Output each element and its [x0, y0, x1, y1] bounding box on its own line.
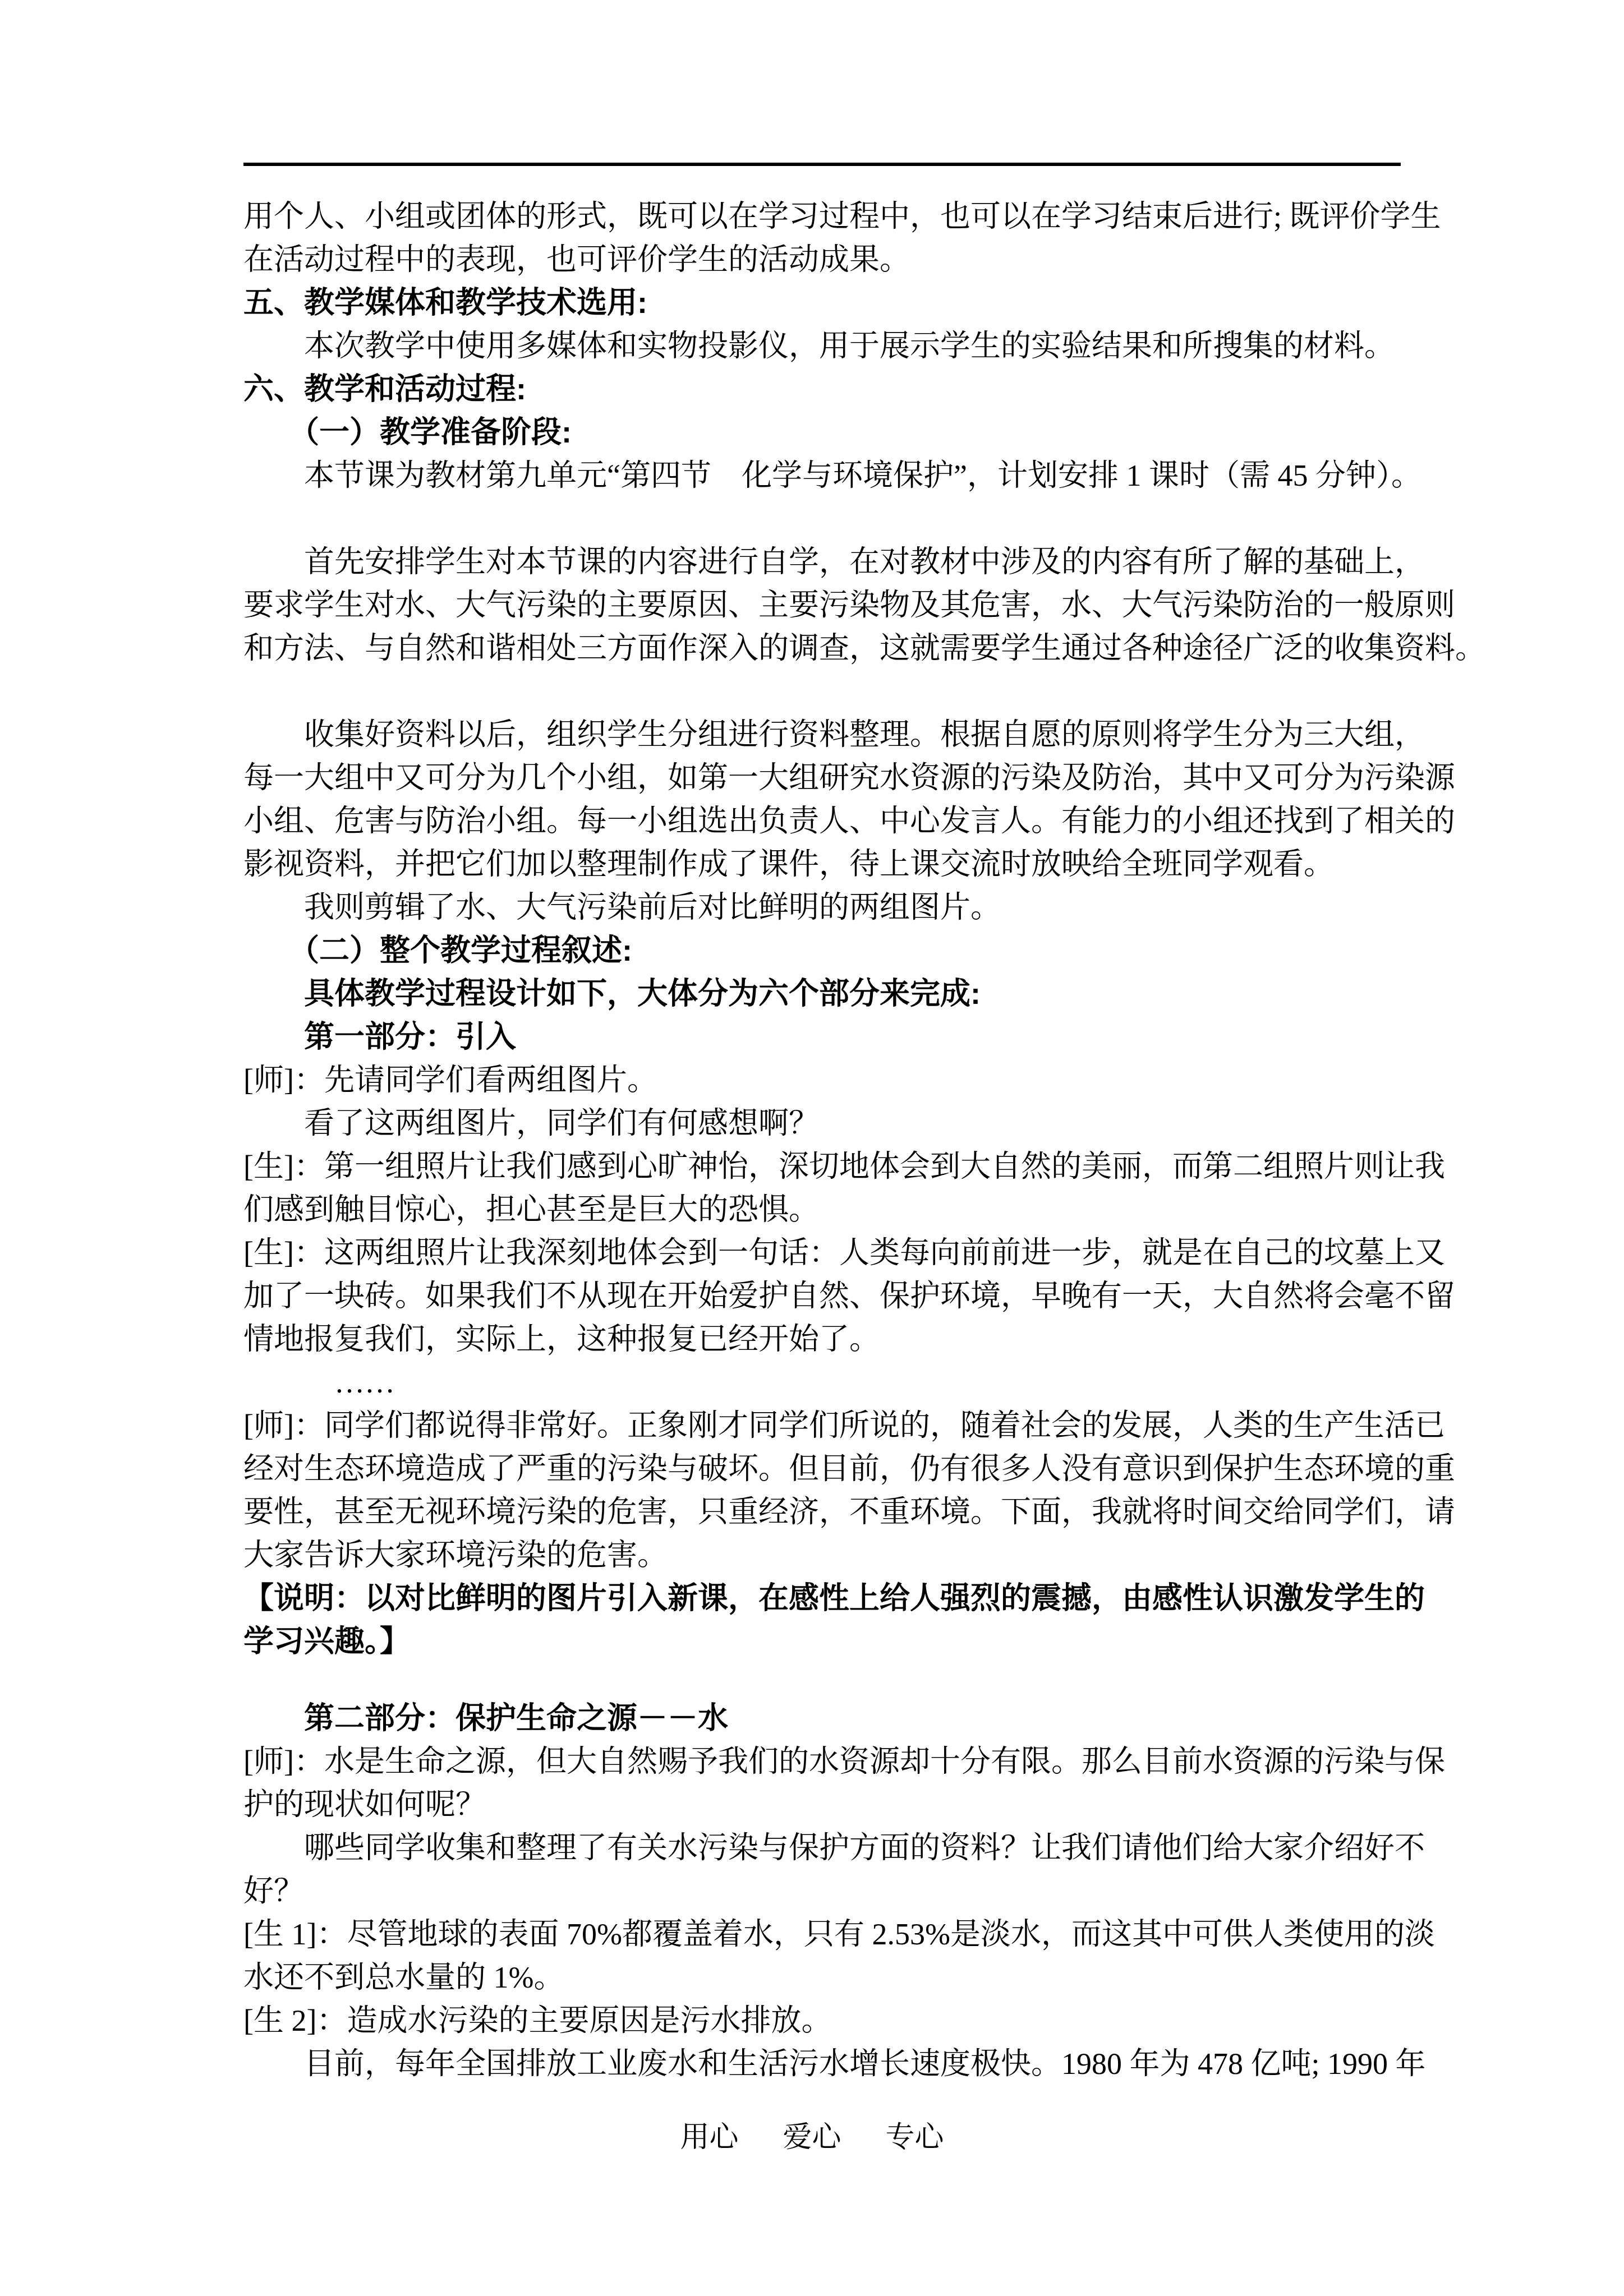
text-line: [生]：这两组照片让我深刻地体会到一句话：人类每向前前进一步，就是在自己的坟墓上… — [243, 1232, 1410, 1275]
text-line: 们感到触目惊心，担心甚至是巨大的恐惧。 — [243, 1188, 1410, 1232]
text-line: [生 1]：尽管地球的表面 70%都覆盖着水，只有 2.53%是淡水，而这其中可… — [243, 1913, 1410, 1956]
document-body: 用个人、小组或团体的形式，既可以在学习过程中，也可以在学习结束后进行; 既评价学… — [243, 195, 1410, 2086]
text-line: 大家告诉大家环境污染的危害。 — [243, 1534, 1410, 1577]
footer-word: 用心 — [680, 2121, 738, 2155]
text-line: 要求学生对水、大气污染的主要原因、主要污染物及其危害，水、大气污染防治的一般原则 — [243, 584, 1410, 627]
text-line: 情地报复我们，实际上，这种报复已经开始了。 — [243, 1318, 1410, 1361]
text-line: 护的现状如何呢？ — [243, 1783, 1410, 1827]
footer-word: 专心 — [886, 2121, 944, 2155]
text-line: 六、教学和活动过程: — [243, 368, 1410, 411]
text-line: 用个人、小组或团体的形式，既可以在学习过程中，也可以在学习结束后进行; 既评价学… — [243, 195, 1410, 238]
document-page: 用个人、小组或团体的形式，既可以在学习过程中，也可以在学习结束后进行; 既评价学… — [0, 0, 1624, 2296]
header-rule — [243, 163, 1401, 166]
text-line: 学习兴趣。】 — [243, 1620, 1410, 1663]
text-line: 本次教学中使用多媒体和实物投影仪，用于展示学生的实验结果和所搜集的材料。 — [243, 325, 1410, 368]
paragraph-gap — [243, 1663, 1410, 1697]
text-line: [师]：先请同学们看两组图片。 — [243, 1059, 1410, 1102]
text-line: 五、教学媒体和教学技术选用: — [243, 282, 1410, 325]
text-line: 首先安排学生对本节课的内容进行自学，在对教材中涉及的内容有所了解的基础上， — [243, 541, 1410, 584]
text-line: [生 2]：造成水污染的主要原因是污水排放。 — [243, 1999, 1410, 2043]
text-line: 在活动过程中的表现，也可评价学生的活动成果。 — [243, 238, 1410, 282]
text-line: 目前，每年全国排放工业废水和生活污水增长速度极快。1980 年为 478 亿吨;… — [243, 2043, 1410, 2086]
text-line: 看了这两组图片，同学们有何感想啊？ — [243, 1102, 1410, 1145]
text-line: （一）教学准备阶段: — [243, 411, 1410, 454]
text-line: 加了一块砖。如果我们不从现在开始爱护自然、保护环境，早晚有一天，大自然将会毫不留 — [243, 1275, 1410, 1318]
text-line: 经对生态环境造成了严重的污染与破坏。但目前，仍有很多人没有意识到保护生态环境的重 — [243, 1447, 1410, 1491]
text-line: 具体教学过程设计如下，大体分为六个部分来完成: — [243, 972, 1410, 1016]
blank-line — [243, 497, 1410, 541]
text-line: [生]：第一组照片让我们感到心旷神怡，深切地体会到大自然的美丽，而第二组照片则让… — [243, 1145, 1410, 1188]
text-line: （二）整个教学过程叙述: — [243, 929, 1410, 972]
text-line: 收集好资料以后，组织学生分组进行资料整理。根据自愿的原则将学生分为三大组， — [243, 713, 1410, 757]
text-line: …… — [243, 1361, 1410, 1404]
text-line: 我则剪辑了水、大气污染前后对比鲜明的两组图片。 — [243, 886, 1410, 929]
text-line: [师]：水是生命之源，但大自然赐予我们的水资源却十分有限。那么目前水资源的污染与… — [243, 1740, 1410, 1783]
text-line: 第一部分：引入 — [243, 1016, 1410, 1059]
text-line: 哪些同学收集和整理了有关水污染与保护方面的资料？让我们请他们给大家介绍好不 — [243, 1827, 1410, 1870]
text-line: 水还不到总水量的 1%。 — [243, 1956, 1410, 1999]
text-line: 小组、危害与防治小组。每一小组选出负责人、中心发言人。有能力的小组还找到了相关的 — [243, 800, 1410, 843]
text-line: 好？ — [243, 1870, 1410, 1913]
footer-word: 爱心 — [783, 2121, 841, 2155]
text-line: 和方法、与自然和谐相处三方面作深入的调查，这就需要学生通过各种途径广泛的收集资料… — [243, 627, 1410, 670]
text-line: 每一大组中又可分为几个小组，如第一大组研究水资源的污染及防治，其中又可分为污染源 — [243, 757, 1410, 800]
page-footer: 用心 爱心 专心 — [0, 2121, 1624, 2155]
text-line: 要性，甚至无视环境污染的危害，只重经济，不重环境。下面，我就将时间交给同学们，请 — [243, 1491, 1410, 1534]
text-line: 影视资料，并把它们加以整理制作成了课件，待上课交流时放映给全班同学观看。 — [243, 843, 1410, 886]
blank-line — [243, 670, 1410, 713]
text-line: [师]：同学们都说得非常好。正象刚才同学们所说的，随着社会的发展，人类的生产生活… — [243, 1404, 1410, 1447]
text-line: 第二部分：保护生命之源－－水 — [243, 1697, 1410, 1740]
text-line: 本节课为教材第九单元“第四节 化学与环境保护”，计划安排 1 课时（需 45 分… — [243, 454, 1410, 497]
text-line: 【说明：以对比鲜明的图片引入新课，在感性上给人强烈的震撼，由感性认识激发学生的 — [243, 1577, 1410, 1620]
